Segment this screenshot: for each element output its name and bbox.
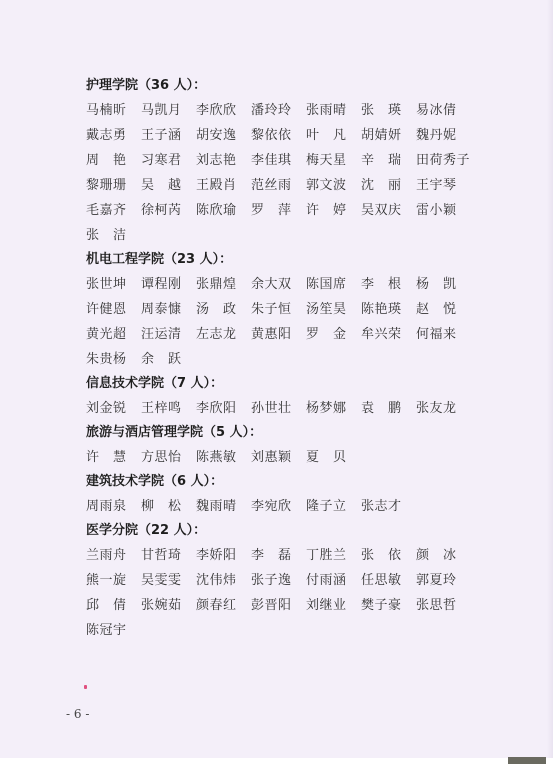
college-section: 护理学院（36 人）：马楠昕马凯月李欣欣潘玲玲张雨晴张 瑛易冰倩戴志勇王子涵胡安… <box>86 74 486 248</box>
student-name: 汪运清 <box>141 322 196 347</box>
student-name: 熊一旋 <box>86 568 141 593</box>
student-name: 刘惠颖 <box>251 445 306 470</box>
student-name: 毛嘉齐 <box>86 198 141 223</box>
student-name: 王子涵 <box>141 123 196 148</box>
student-name: 郭文波 <box>306 173 361 198</box>
student-name: 陈艳瑛 <box>361 297 416 322</box>
student-name: 何福来 <box>416 322 471 347</box>
student-name: 胡安逸 <box>196 123 251 148</box>
student-name: 胡婧妍 <box>361 123 416 148</box>
student-name: 戴志勇 <box>86 123 141 148</box>
student-name: 张子逸 <box>251 568 306 593</box>
student-name: 谭程刚 <box>141 272 196 297</box>
college-title: 护理学院（36 人）： <box>86 74 486 98</box>
student-name: 郭夏玲 <box>416 568 471 593</box>
student-name: 隆子立 <box>306 494 361 519</box>
watermark-logo <box>508 757 546 764</box>
name-row: 朱贵杨余 跃 <box>86 347 486 372</box>
student-name: 马楠昕 <box>86 98 141 123</box>
student-name: 李欣阳 <box>196 396 251 421</box>
student-name: 李欣欣 <box>196 98 251 123</box>
student-name: 周泰慷 <box>141 297 196 322</box>
name-row: 张 洁 <box>86 223 486 248</box>
student-name: 张 瑛 <box>361 98 416 123</box>
student-name: 张 洁 <box>86 223 141 248</box>
name-row: 毛嘉齐徐柯芮陈欣瑜罗 萍许 婷吴双庆雷小颖 <box>86 198 486 223</box>
student-name: 陈欣瑜 <box>196 198 251 223</box>
student-name: 汤 政 <box>196 297 251 322</box>
name-row: 黄光超汪运清左志龙黄惠阳罗 金牟兴荣何福来 <box>86 322 486 347</box>
student-name: 罗 萍 <box>251 198 306 223</box>
name-row: 张世坤谭程刚张鼎煌余大双陈国席李 根杨 凯 <box>86 272 486 297</box>
student-name: 李宛欣 <box>251 494 306 519</box>
student-name: 杨 凯 <box>416 272 471 297</box>
student-name: 任思敏 <box>361 568 416 593</box>
student-name: 李 磊 <box>251 543 306 568</box>
student-name: 邱 倩 <box>86 593 141 618</box>
student-name: 张友龙 <box>416 396 471 421</box>
student-name: 陈国席 <box>306 272 361 297</box>
student-name: 潘玲玲 <box>251 98 306 123</box>
student-name: 刘志艳 <box>196 148 251 173</box>
name-row: 兰雨舟甘哲琦李娇阳李 磊丁胜兰张 依颜 冰 <box>86 543 486 568</box>
student-name: 袁 鹏 <box>361 396 416 421</box>
name-row: 陈冠宇 <box>86 618 486 643</box>
name-row: 马楠昕马凯月李欣欣潘玲玲张雨晴张 瑛易冰倩 <box>86 98 486 123</box>
student-name: 黄惠阳 <box>251 322 306 347</box>
name-row: 戴志勇王子涵胡安逸黎依依叶 凡胡婧妍魏丹妮 <box>86 123 486 148</box>
student-name: 张志才 <box>361 494 416 519</box>
student-name: 朱子恒 <box>251 297 306 322</box>
name-row: 许健恩周泰慷汤 政朱子恒汤笙昊陈艳瑛赵 悦 <box>86 297 486 322</box>
student-name: 吴双庆 <box>361 198 416 223</box>
name-row: 周雨泉柳 松魏雨晴李宛欣隆子立张志才 <box>86 494 486 519</box>
name-row: 邱 倩张婉茹颜春红彭晋阳刘继业樊子豪张思哲 <box>86 593 486 618</box>
student-name: 颜春红 <box>196 593 251 618</box>
student-name: 朱贵杨 <box>86 347 141 372</box>
student-name: 罗 金 <box>306 322 361 347</box>
student-name: 张鼎煌 <box>196 272 251 297</box>
college-title: 信息技术学院（7 人）： <box>86 372 486 396</box>
student-name: 黎珊珊 <box>86 173 141 198</box>
student-name: 王梓鸣 <box>141 396 196 421</box>
student-name: 黄光超 <box>86 322 141 347</box>
student-name: 李佳琪 <box>251 148 306 173</box>
college-section: 医学分院（22 人）：兰雨舟甘哲琦李娇阳李 磊丁胜兰张 依颜 冰熊一旋吴雯雯沈伟… <box>86 519 486 643</box>
college-title: 建筑技术学院（6 人）： <box>86 470 486 494</box>
student-name: 方思怡 <box>141 445 196 470</box>
student-name: 刘金锐 <box>86 396 141 421</box>
student-name: 甘哲琦 <box>141 543 196 568</box>
student-name: 徐柯芮 <box>141 198 196 223</box>
student-name: 杨梦娜 <box>306 396 361 421</box>
college-section: 旅游与酒店管理学院（5 人）：许 慧方思怡陈燕敏刘惠颖夏 贝 <box>86 421 486 470</box>
student-name: 田荷秀子 <box>416 148 471 173</box>
student-name: 樊子豪 <box>361 593 416 618</box>
college-section: 信息技术学院（7 人）：刘金锐王梓鸣李欣阳孙世壮杨梦娜袁 鹏张友龙 <box>86 372 486 421</box>
student-name: 叶 凡 <box>306 123 361 148</box>
college-title: 旅游与酒店管理学院（5 人）： <box>86 421 486 445</box>
student-name: 吴雯雯 <box>141 568 196 593</box>
student-name: 牟兴荣 <box>361 322 416 347</box>
name-row: 熊一旋吴雯雯沈伟炜张子逸付雨涵任思敏郭夏玲 <box>86 568 486 593</box>
student-name: 余 跃 <box>141 347 196 372</box>
name-row: 刘金锐王梓鸣李欣阳孙世壮杨梦娜袁 鹏张友龙 <box>86 396 486 421</box>
student-name: 汤笙昊 <box>306 297 361 322</box>
student-name: 魏丹妮 <box>416 123 471 148</box>
student-name: 张雨晴 <box>306 98 361 123</box>
student-name: 吴 越 <box>141 173 196 198</box>
student-name: 赵 悦 <box>416 297 471 322</box>
name-row: 许 慧方思怡陈燕敏刘惠颖夏 贝 <box>86 445 486 470</box>
student-name: 张婉茹 <box>141 593 196 618</box>
student-name: 马凯月 <box>141 98 196 123</box>
student-name: 张思哲 <box>416 593 471 618</box>
student-name: 张世坤 <box>86 272 141 297</box>
document-page: 护理学院（36 人）：马楠昕马凯月李欣欣潘玲玲张雨晴张 瑛易冰倩戴志勇王子涵胡安… <box>0 0 553 758</box>
college-section: 机电工程学院（23 人）：张世坤谭程刚张鼎煌余大双陈国席李 根杨 凯许健恩周泰慷… <box>86 248 486 372</box>
student-name: 左志龙 <box>196 322 251 347</box>
college-title: 医学分院（22 人）： <box>86 519 486 543</box>
college-title: 机电工程学院（23 人）： <box>86 248 486 272</box>
student-name: 雷小颖 <box>416 198 471 223</box>
student-name: 付雨涵 <box>306 568 361 593</box>
student-name: 许 婷 <box>306 198 361 223</box>
student-name: 柳 松 <box>141 494 196 519</box>
student-name: 兰雨舟 <box>86 543 141 568</box>
student-name: 刘继业 <box>306 593 361 618</box>
student-name: 习寒君 <box>141 148 196 173</box>
college-section: 建筑技术学院（6 人）：周雨泉柳 松魏雨晴李宛欣隆子立张志才 <box>86 470 486 519</box>
student-name: 孙世壮 <box>251 396 306 421</box>
student-name: 范丝雨 <box>251 173 306 198</box>
student-name: 王殿肖 <box>196 173 251 198</box>
student-name: 张 依 <box>361 543 416 568</box>
page-edge-shadow <box>547 0 553 758</box>
student-name: 李娇阳 <box>196 543 251 568</box>
student-name: 丁胜兰 <box>306 543 361 568</box>
page-number: - 6 - <box>66 707 89 721</box>
student-name: 黎依依 <box>251 123 306 148</box>
student-name: 夏 贝 <box>306 445 361 470</box>
student-name: 许健恩 <box>86 297 141 322</box>
name-row: 周 艳习寒君刘志艳李佳琪梅天星辛 瑞田荷秀子 <box>86 148 486 173</box>
red-ink-mark <box>84 685 87 689</box>
student-name: 魏雨晴 <box>196 494 251 519</box>
student-name: 许 慧 <box>86 445 141 470</box>
student-name: 沈 丽 <box>361 173 416 198</box>
name-row: 黎珊珊吴 越王殿肖范丝雨郭文波沈 丽王宇琴 <box>86 173 486 198</box>
student-name: 颜 冰 <box>416 543 471 568</box>
student-name: 李 根 <box>361 272 416 297</box>
student-name: 周 艳 <box>86 148 141 173</box>
student-name: 陈冠宇 <box>86 618 141 643</box>
student-name: 陈燕敏 <box>196 445 251 470</box>
student-name: 辛 瑞 <box>361 148 416 173</box>
student-name: 王宇琴 <box>416 173 471 198</box>
student-name: 易冰倩 <box>416 98 471 123</box>
student-name: 梅天星 <box>306 148 361 173</box>
award-list: 护理学院（36 人）：马楠昕马凯月李欣欣潘玲玲张雨晴张 瑛易冰倩戴志勇王子涵胡安… <box>86 74 486 643</box>
student-name: 沈伟炜 <box>196 568 251 593</box>
student-name: 周雨泉 <box>86 494 141 519</box>
student-name: 余大双 <box>251 272 306 297</box>
student-name: 彭晋阳 <box>251 593 306 618</box>
